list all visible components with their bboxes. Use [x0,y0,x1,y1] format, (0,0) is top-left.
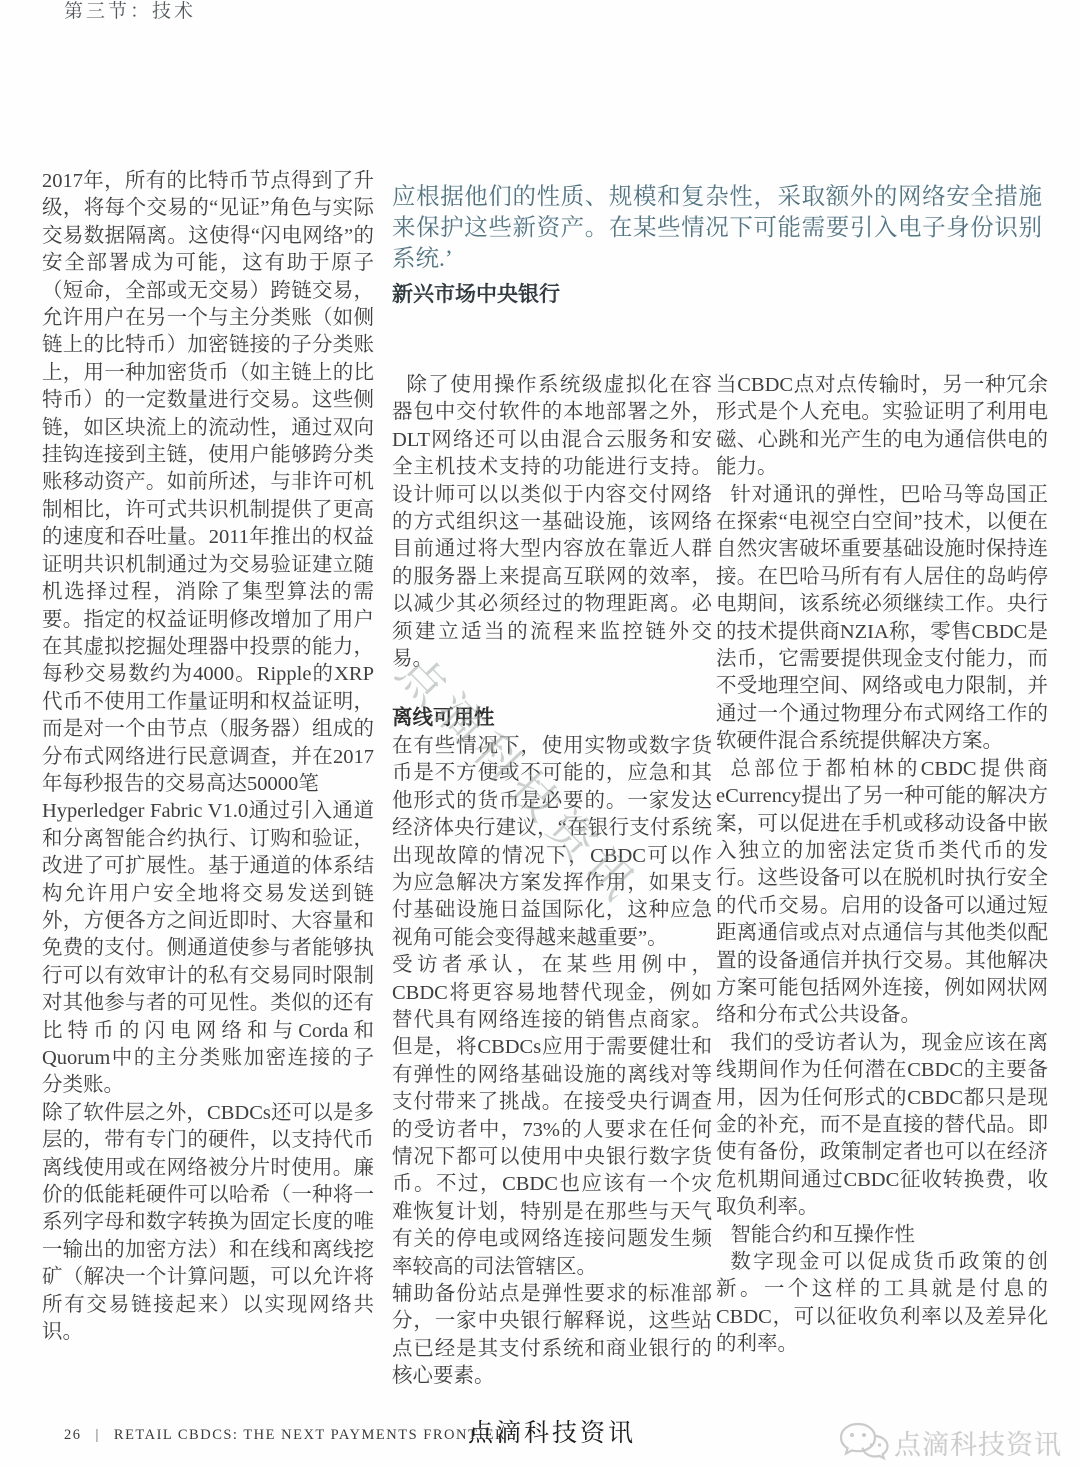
paragraph: 总部位于都柏林的CBDC提供商eCurrency提出了另一种可能的解决方案，可以… [716,756,1048,1030]
paragraph: 2017年，所有的比特币节点得到了升级，将每个交易的“见证”角色与实际交易数据隔… [42,168,374,798]
corner-watermark: 点滴科技资讯 [838,1420,1080,1464]
middle-column: 除了使用操作系统级虚拟化在容器包中交付软件的本地部署之外，DLT网络还可以由混合… [392,372,712,1391]
footer-separator: | [96,1427,100,1443]
paragraph: 数字现金可以促成货币政策的创新。一个这样的工具就是付息的CBDC，可以征收负利率… [716,1249,1048,1359]
subheading-offline-availability: 离线可用性 [392,705,712,732]
pull-quote: 应根据他们的性质、规模和复杂性，采取额外的网络安全措施来保护这些新资产。在某些情… [392,182,1042,308]
corner-watermark-text: 点滴科技资讯 [894,1423,1062,1462]
footer-brand: 点滴科技资讯 [468,1413,636,1449]
right-column: 当CBDC点对点传输时，另一种冗余形式是个人充电。实验证明了利用电磁、心跳和光产… [716,372,1048,1359]
document-page: 第三节：技术 2017年，所有的比特币节点得到了升级，将每个交易的“见证”角色与… [0,0,1080,1468]
paragraph: 针对通讯的弹性，巴哈马等岛国正在探索“电视空白空间”技术，以便在自然灾害破坏重要… [716,482,1048,756]
section-header: 第三节：技术 [64,0,196,23]
subheading-smart-contracts: 智能合约和互操作性 [716,1222,1048,1249]
page-number: 26 [64,1427,82,1443]
wechat-logo-icon [838,1420,890,1464]
paragraph: 除了使用操作系统级虚拟化在容器包中交付软件的本地部署之外，DLT网络还可以由混合… [392,372,712,673]
footer-pagination: 26|RETAIL CBDCS: THE NEXT PAYMENTS FRONT… [64,1427,506,1444]
paragraph: 在有些情况下，使用实物或数字货币是不方便或不可能的，应急和其他形式的货币是必要的… [392,733,712,952]
paragraph: 我们的受访者认为，现金应该在离线期间作为任何潜在CBDC的主要备用，因为任何形式… [716,1030,1048,1222]
report-title: RETAIL CBDCS: THE NEXT PAYMENTS FRONTIER [114,1427,506,1443]
paragraph: 除了软件层之外，CBDCs还可以是多层的，带有专门的硬件，以支持代币离线使用或在… [42,1100,374,1347]
paragraph: Hyperledger Fabric V1.0通过引入通道和分离智能合约执行、订… [42,798,374,1099]
left-column: 2017年，所有的比特币节点得到了升级，将每个交易的“见证”角色与实际交易数据隔… [42,168,374,1346]
pull-quote-text: 应根据他们的性质、规模和复杂性，采取额外的网络安全措施来保护这些新资产。在某些情… [392,182,1042,275]
paragraph: 辅助备份站点是弹性要求的标准部分，一家中央银行解释说，这些站点已经是其支付系统和… [392,1281,712,1391]
paragraph: 当CBDC点对点传输时，另一种冗余形式是个人充电。实验证明了利用电磁、心跳和光产… [716,372,1048,482]
pull-quote-attribution: 新兴市场中央银行 [392,278,1042,308]
paragraph: 受访者承认，在某些用例中，CBDC将更容易地替代现金，例如替代具有网络连接的销售… [392,952,712,1281]
